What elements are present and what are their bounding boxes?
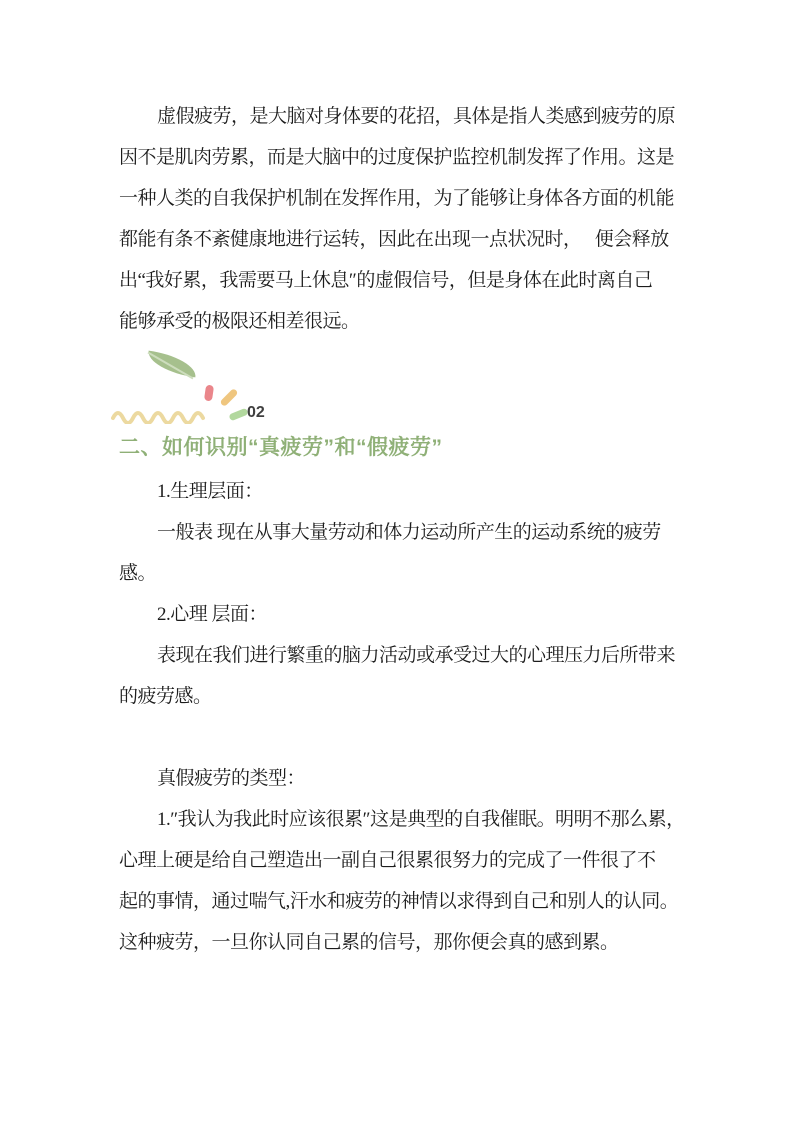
section-divider: 02 — [119, 342, 675, 426]
capsule-green-icon — [228, 408, 248, 422]
text-line: 表现在我们进行繁重的脑力活动或承受过大的心理压力后所带来 — [119, 635, 675, 676]
text-line: 因不是肌肉劳累，而是大脑中的过度保护监控机制发挥了作用。这是 — [119, 137, 675, 178]
text-line: 虚假疲劳，是大脑对身体要的花招，具体是指人类感到疲劳的原 — [119, 96, 675, 137]
text-line: 能够承受的极限还相差很远。 — [119, 301, 675, 342]
capsule-pink-icon — [204, 385, 214, 402]
text-line: 感。 — [119, 553, 675, 594]
text-line: 起的事情，通过喘气,汗水和疲劳的神情以求得到自己和别人的认同。 — [119, 881, 675, 922]
text-line: 一般表 现在从事大量劳动和体力运动所产生的运动系统的疲劳 — [119, 512, 675, 553]
text-line: 都能有条不紊健康地进行运转，因此在出现一点状况时， 便会释放 — [119, 219, 675, 260]
text-line — [119, 717, 675, 758]
leaf-vein-icon — [148, 352, 194, 379]
text-line: 真假疲劳的类型： — [119, 758, 675, 799]
page-content: 虚假疲劳，是大脑对身体要的花招，具体是指人类感到疲劳的原因不是肌肉劳累，而是大脑… — [119, 96, 675, 963]
text-line: 出“我好累，我需要马上休息″的虚假信号，但是身体在此时离自己 — [119, 260, 675, 301]
text-line: 2.心理 层面： — [119, 594, 675, 635]
squiggle-line-icon — [111, 404, 209, 424]
text-line: 的疲劳感。 — [119, 676, 675, 717]
text-line: 一种人类的自我保护机制在发挥作用，为了能够让身体各方面的机能 — [119, 178, 675, 219]
leaf-icon — [146, 351, 198, 378]
section-number: 02 — [247, 403, 265, 423]
section-body: 1.生理层面：一般表 现在从事大量劳动和体力运动所产生的运动系统的疲劳感。2.心… — [119, 471, 675, 963]
text-line: 1.″我认为我此时应该很累″这是典型的自我催眠。明明不那么累， — [119, 799, 675, 840]
text-line: 心理上硬是给自己塑造出一副自己很累很努力的完成了一件很了不 — [119, 840, 675, 881]
section-heading: 二、如何识别“真疲劳”和“假疲劳” — [119, 432, 675, 464]
capsule-orange-icon — [219, 388, 238, 407]
text-line: 这种疲劳，一旦你认同自己累的信号，那你便会真的感到累。 — [119, 922, 675, 963]
paragraph-false-fatigue: 虚假疲劳，是大脑对身体要的花招，具体是指人类感到疲劳的原因不是肌肉劳累，而是大脑… — [119, 96, 675, 342]
text-line: 1.生理层面： — [119, 471, 675, 512]
